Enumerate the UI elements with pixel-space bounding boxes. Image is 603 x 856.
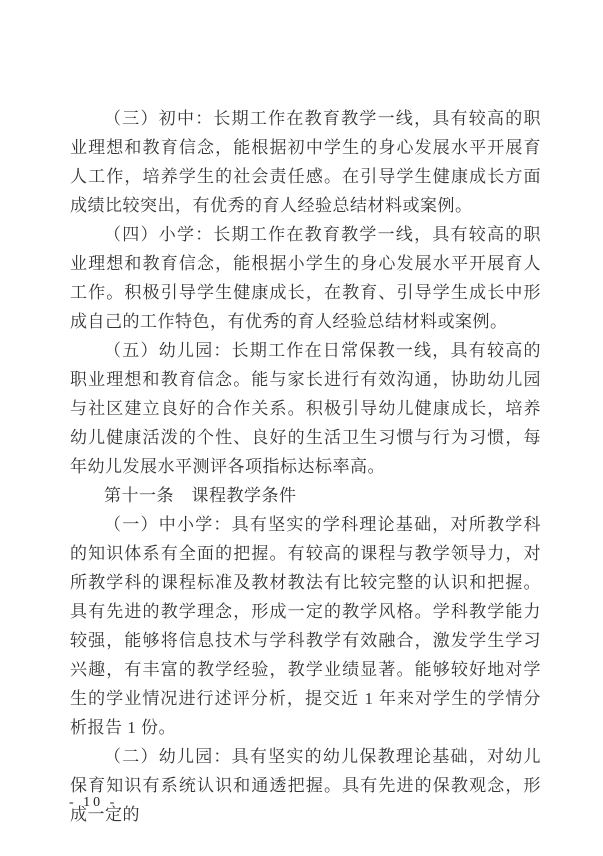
paragraph-item-2-kindergarten: （二）幼儿园：具有坚实的幼儿保教理论基础，对幼儿保育知识有系统认识和通透把握。具… xyxy=(70,742,541,829)
paragraph-item-5-kindergarten: （五）幼儿园：长期工作在日常保教一线，具有较高的职业理想和教育信念。能与家长进行… xyxy=(70,336,541,481)
paragraph-item-4-primary: （四）小学：长期工作在教育教学一线，具有较高的职业理想和教育信念，能根据小学生的… xyxy=(70,220,541,336)
document-body: （三）初中：长期工作在教育教学一线，具有较高的职业理想和教育信念，能根据初中学生… xyxy=(70,104,541,829)
document-page: （三）初中：长期工作在教育教学一线，具有较高的职业理想和教育信念，能根据初中学生… xyxy=(0,0,603,856)
paragraph-item-1-schools: （一）中小学：具有坚实的学科理论基础，对所教学科的知识体系有全面的把握。有较高的… xyxy=(70,510,541,742)
page-number: - 10 - xyxy=(69,793,117,813)
paragraph-item-3-junior-high: （三）初中：长期工作在教育教学一线，具有较高的职业理想和教育信念，能根据初中学生… xyxy=(70,104,541,220)
article-11-heading: 第十一条 课程教学条件 xyxy=(70,481,541,510)
